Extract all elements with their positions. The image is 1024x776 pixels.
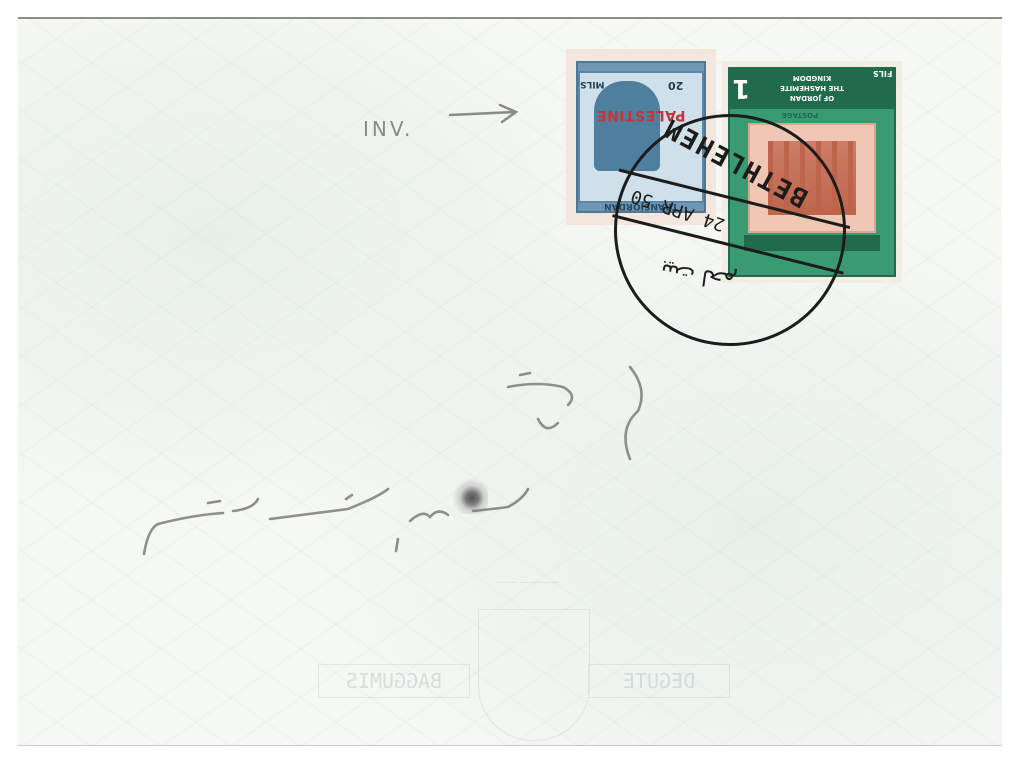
stamp-unit: FILS xyxy=(873,69,892,78)
stamp-value: 20 xyxy=(668,79,683,92)
postmark-arabic: بيت لحم xyxy=(659,258,739,293)
stamp-unit: MILS xyxy=(580,79,605,89)
ink-smudge xyxy=(448,474,488,514)
envelope: INV. ———— —— BAGGUMIS DEGUTE TRANSJORD xyxy=(18,17,1002,746)
stamp-postage-label: POSTAGE xyxy=(782,111,818,119)
stamp-country: OF JORDAN THE HASHEMITE KINGDOM xyxy=(762,73,862,103)
stamp-value: 1 xyxy=(732,73,750,103)
